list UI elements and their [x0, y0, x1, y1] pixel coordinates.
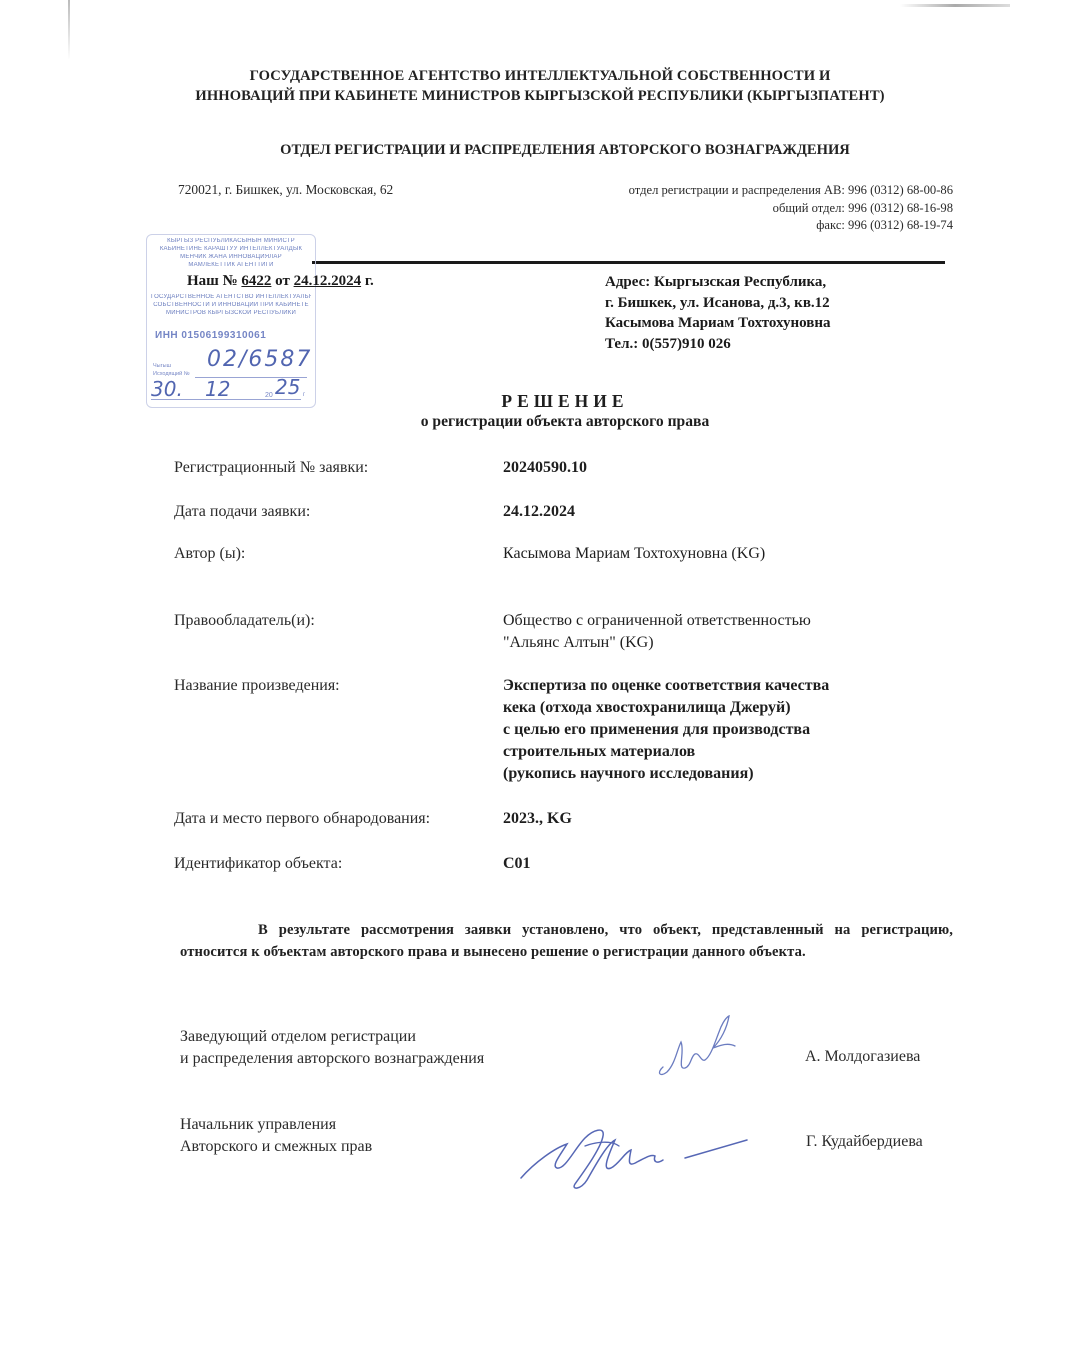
work-title-line: Экспертиза по оценке соответствия качест…: [503, 675, 829, 697]
reference-suffix: г.: [361, 273, 374, 289]
signatory-2-role: Начальник управления Авторского и смежны…: [180, 1114, 372, 1158]
rightholder-line: "Альянс Алтын" (KG): [503, 632, 811, 654]
agency-title-line-1: ГОСУДАРСТВЕННОЕ АГЕНТСТВО ИНТЕЛЛЕКТУАЛЬН…: [0, 66, 1080, 86]
contact-fax: факс: 996 (0312) 68-19-74: [629, 217, 953, 235]
field-value-object-identifier: C01: [503, 853, 531, 875]
field-value-filing-date: 24.12.2024: [503, 501, 575, 523]
stamp-text-line: КЫРГЫЗ РЕСПУБЛИКАСЫНЫН МИНИСТР: [151, 238, 311, 245]
stamp-inn: ИНН 01506199310061: [155, 330, 266, 341]
signature-2-icon: [515, 1118, 755, 1198]
department-title: ОТДЕЛ РЕГИСТРАЦИИ И РАСПРЕДЕЛЕНИЯ АВТОРС…: [0, 142, 1080, 159]
field-label-filing-date: Дата подачи заявки:: [174, 503, 310, 521]
outgoing-reference: Наш № 6422 от 24.12.2024 г.: [187, 273, 374, 290]
recipient-phone: Тел.: 0(557)910 026: [605, 334, 830, 355]
rightholder-line: Общество с ограниченной ответственностью: [503, 610, 811, 632]
signatory-1-role-line: и распределения авторского вознаграждени…: [180, 1048, 484, 1070]
field-value-application-number: 20240590.10: [503, 457, 587, 479]
stamp-text-line: ГОСУДАРСТВЕННОЕ АГЕНТСТВО ИНТЕЛЛЕКТУАЛЬН…: [151, 294, 311, 301]
field-value-first-publication: 2023., KG: [503, 808, 572, 830]
stamp-text-line: СОБСТВЕННОСТИ И ИННОВАЦИЙ ПРИ КАБИНЕТЕ: [151, 302, 311, 309]
agency-contacts: отдел регистрации и распределения АВ: 99…: [629, 182, 953, 235]
recipient-name: Касымова Мариам Тохтохуновна: [605, 313, 830, 334]
stamp-label-outgoing: Чыгыш: [153, 363, 171, 369]
field-label-rightholders: Правообладатель(и):: [174, 612, 315, 630]
recipient-address-street: г. Бишкек, ул. Исанова, д.3, кв.12: [605, 293, 830, 314]
scan-edge-artifact: [900, 4, 1010, 7]
recipient-address-country: Адрес: Кыргызская Республика,: [605, 272, 830, 293]
work-title-line: (рукопись научного исследования): [503, 763, 829, 785]
reference-prefix: Наш №: [187, 273, 241, 289]
field-value-work-title: Экспертиза по оценке соответствия качест…: [503, 675, 829, 785]
stamp-text-line: МИНИСТРОВ КЫРГЫЗСКОЙ РЕСПУБЛИКИ: [151, 310, 311, 317]
reference-from: от: [271, 273, 293, 289]
signatory-1-name: А. Молдогазиева: [805, 1048, 920, 1066]
contact-phone-general: общий отдел: 996 (0312) 68-16-98: [629, 200, 953, 218]
signatory-1-role-line: Заведующий отделом регистрации: [180, 1026, 484, 1048]
work-title-line: строительных материалов: [503, 741, 829, 763]
signatory-1-role: Заведующий отделом регистрации и распред…: [180, 1026, 484, 1070]
recipient-block: Адрес: Кыргызская Республика, г. Бишкек,…: [605, 272, 830, 354]
field-label-authors: Автор (ы):: [174, 545, 245, 563]
work-title-line: кека (отхода хвостохранилища Джеруй): [503, 697, 829, 719]
signatory-2-role-line: Авторского и смежных прав: [180, 1136, 372, 1158]
scan-edge-artifact: [68, 0, 70, 60]
header-divider: [312, 261, 945, 264]
conclusion-paragraph: В результате рассмотрения заявки установ…: [180, 919, 953, 963]
field-label-first-publication: Дата и место первого обнародования:: [174, 810, 430, 828]
work-title-line: с целью его применения для производства: [503, 719, 829, 741]
agency-title-line-2: ИННОВАЦИЙ ПРИ КАБИНЕТЕ МИНИСТРОВ КЫРГЫЗС…: [0, 86, 1080, 106]
signatory-2-name: Г. Кудайбердиева: [806, 1133, 923, 1151]
field-value-authors: Касымова Мариам Тохтохуновна (KG): [503, 543, 765, 565]
field-label-object-identifier: Идентификатор объекта:: [174, 855, 342, 873]
incoming-registration-stamp: КЫРГЫЗ РЕСПУБЛИКАСЫНЫН МИНИСТР КАБИНЕТИН…: [146, 234, 316, 408]
decision-subtitle: о регистрации объекта авторского права: [0, 413, 1080, 431]
stamp-text-line: МЕНЧИК ЖАНА ИННОВАЦИЯЛАР: [151, 254, 311, 261]
signatory-2-role-line: Начальник управления: [180, 1114, 372, 1136]
agency-title: ГОСУДАРСТВЕННОЕ АГЕНТСТВО ИНТЕЛЛЕКТУАЛЬН…: [0, 66, 1080, 106]
agency-address: 720021, г. Бишкек, ул. Московская, 62: [178, 182, 393, 198]
field-label-work-title: Название произведения:: [174, 677, 340, 695]
stamp-text-line: МАМЛЕКЕТТИК АГЕНТТИГИ: [151, 262, 311, 269]
contact-phone-registration: отдел регистрации и распределения АВ: 99…: [629, 182, 953, 200]
decision-title: РЕШЕНИЕ: [0, 391, 1080, 412]
reference-date: 24.12.2024: [294, 273, 362, 289]
field-value-rightholders: Общество с ограниченной ответственностью…: [503, 610, 811, 654]
reference-number: 6422: [241, 273, 271, 289]
field-label-application-number: Регистрационный № заявки:: [174, 459, 368, 477]
stamp-text-line: КАБИНЕТИНЕ КАРАШТУУ ИНТЕЛЛЕКТУАЛДЫК: [151, 246, 311, 253]
signature-1-icon: [655, 1012, 745, 1080]
stamp-handwritten-number: 02/6587: [207, 347, 312, 372]
